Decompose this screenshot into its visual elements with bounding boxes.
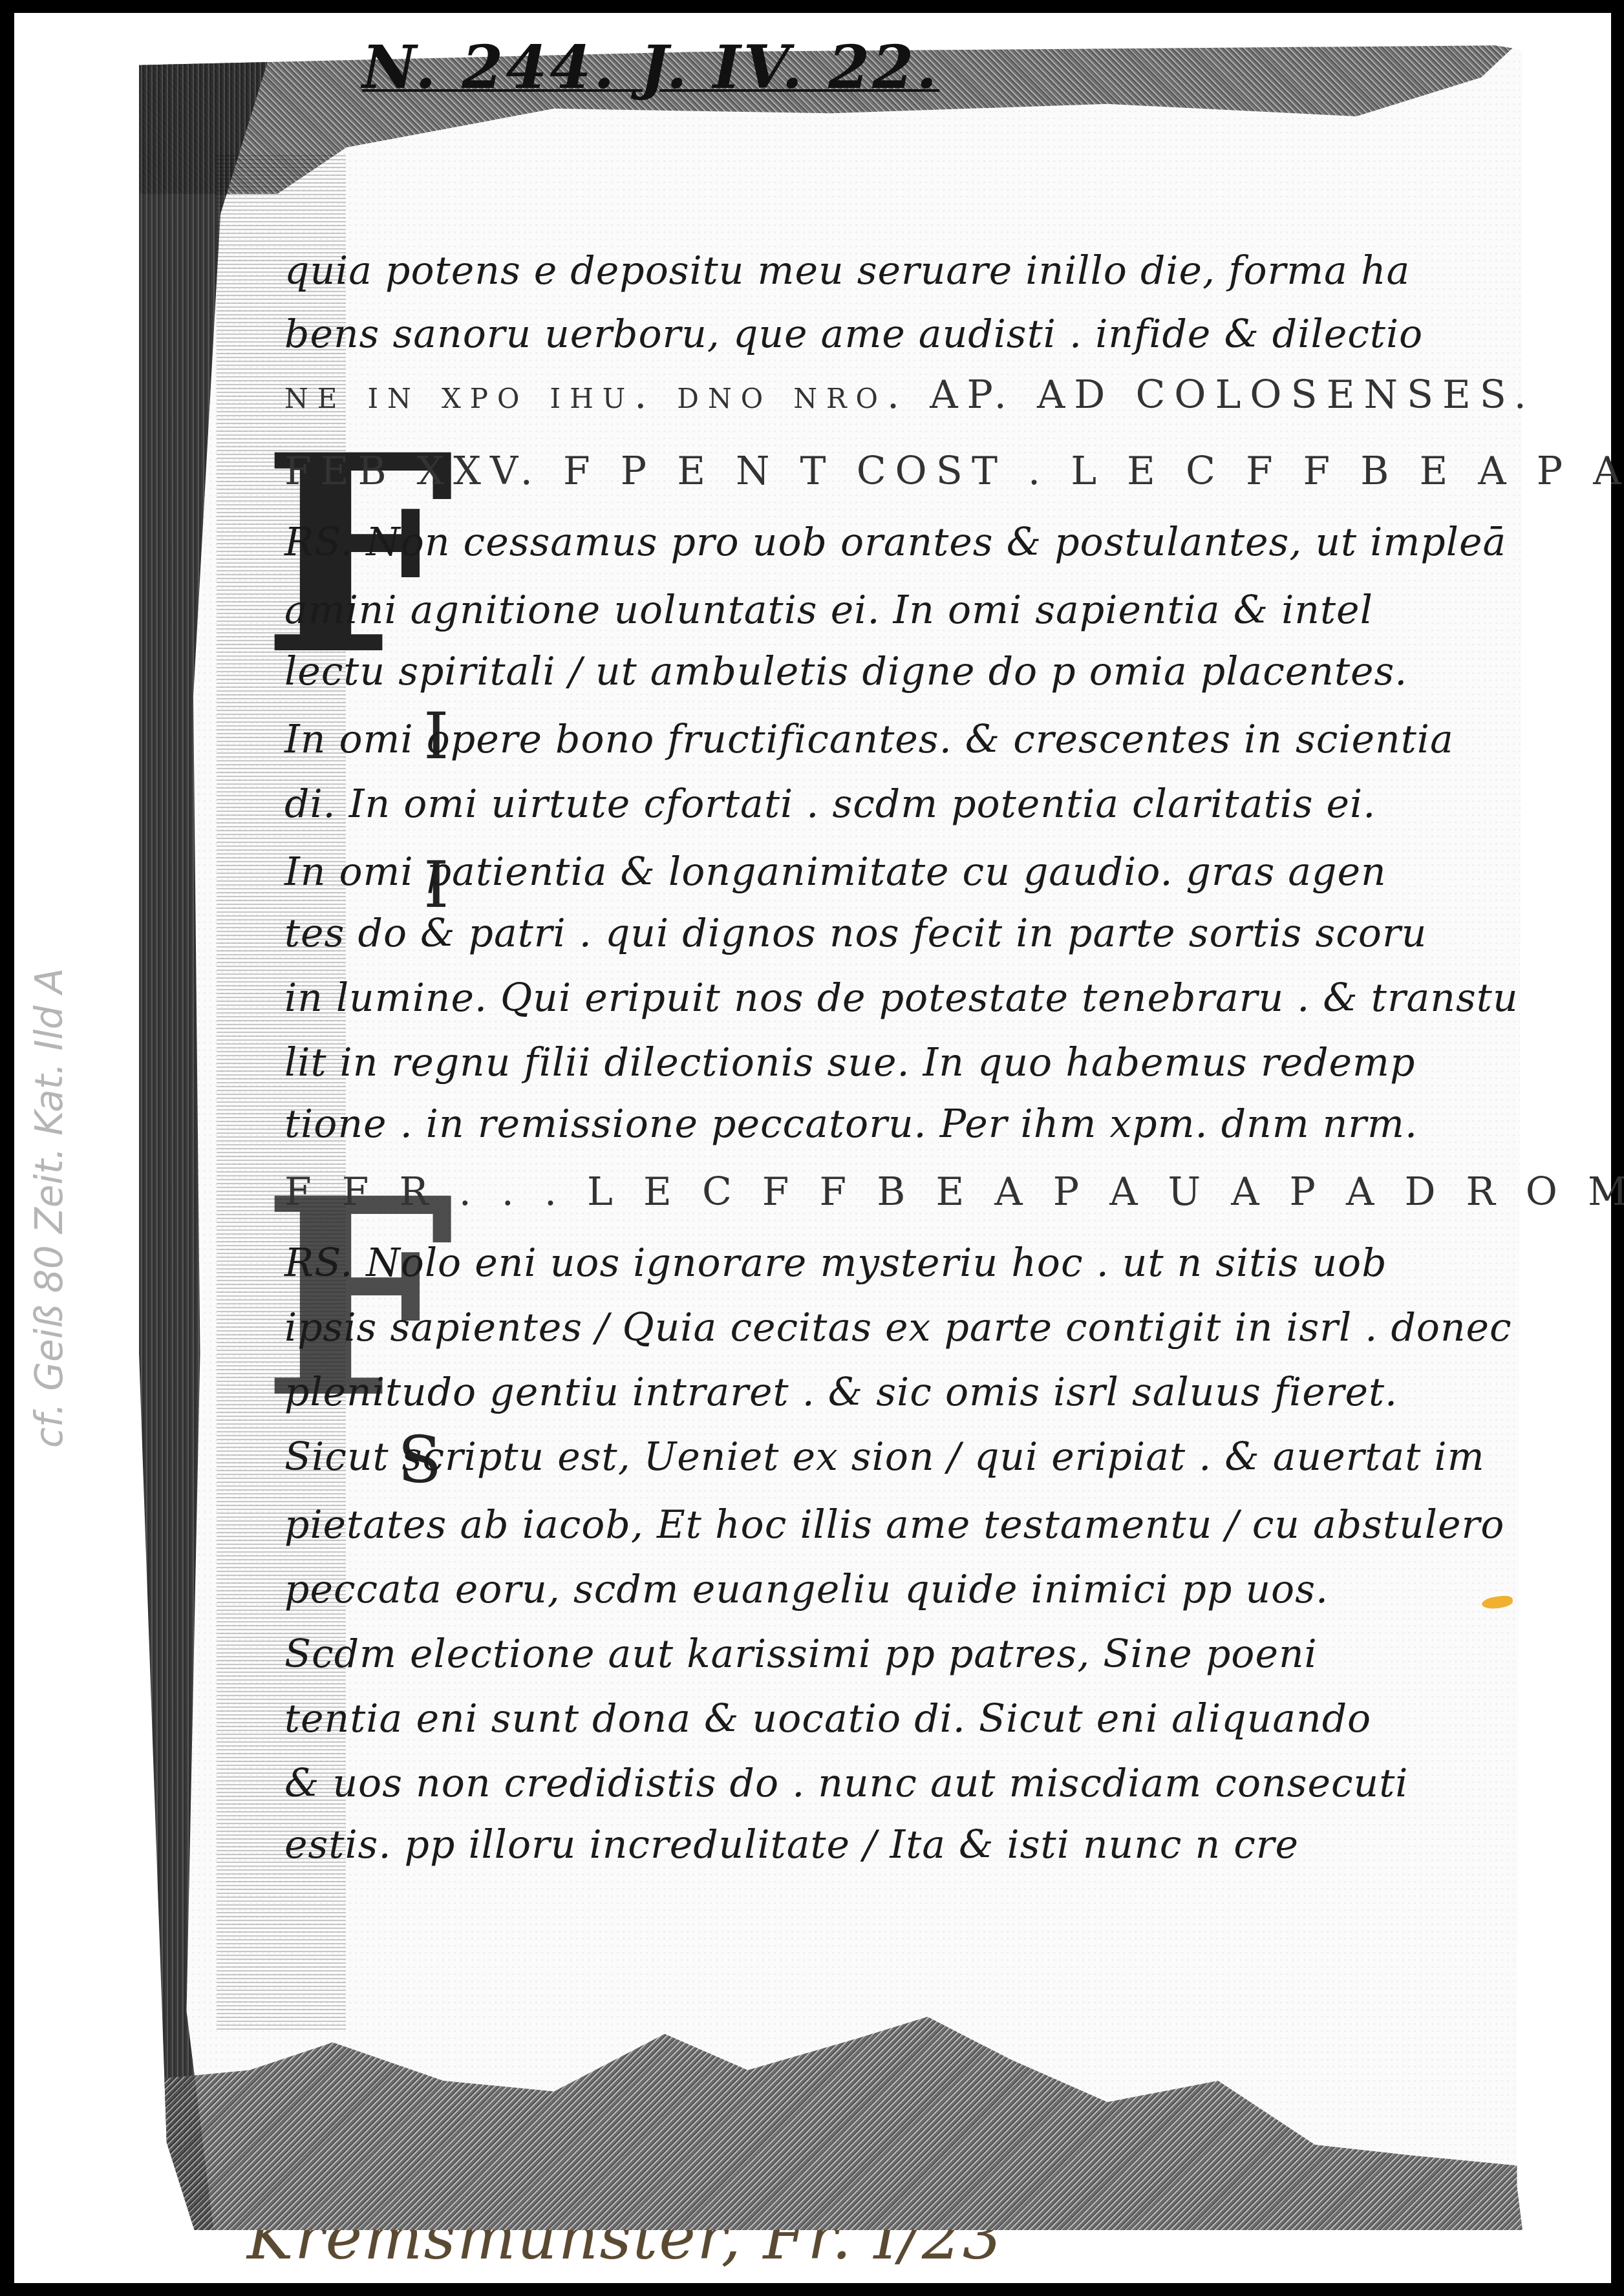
text-line: RS. Non cessamus pro uob orantes & postu…: [284, 517, 1506, 568]
text-line: estis. pp illoru incredulitate / Ita & i…: [284, 1820, 1299, 1870]
scan-bottom-shadow: [139, 2017, 1522, 2230]
header-shelfmark: N. 244. J. IV. 22.: [362, 32, 939, 102]
margin-pencil-note: cf. Geiß 80 Zeit. Kat. Ild A: [27, 968, 71, 1448]
rubric-line: F F R . . . L E C F F B E A P A U A P A …: [284, 1167, 1624, 1217]
rubric-line: FEB XXV. F P E N T COST . L E C F F B E …: [284, 446, 1624, 496]
text-line: tes do & patri . qui dignos nos fecit in…: [284, 908, 1427, 959]
text-line: Scdm electione aut karissimi pp patres, …: [284, 1629, 1318, 1679]
text-line: In omi opere bono fructificantes. & cres…: [284, 714, 1454, 765]
text-line: ipsis sapientes / Quia cecitas ex parte …: [284, 1302, 1512, 1353]
text-line: peccata eoru, scdm euangeliu quide inimi…: [284, 1564, 1329, 1615]
text-line: plenitudo gentiu intraret . & sic omis i…: [284, 1367, 1398, 1418]
text-line: lectu spiritali / ut ambuletis digne do …: [284, 646, 1407, 697]
text-line: In omi patientia & longanimitate cu gaud…: [284, 847, 1387, 897]
text-line: quia potens e depositu meu seruare inill…: [284, 246, 1410, 296]
text-line: tione . in remissione peccatoru. Per ihm…: [284, 1099, 1418, 1149]
text-line: Sicut scriptu est, Ueniet ex sion / qui …: [284, 1432, 1485, 1482]
text-line: tentia eni sunt dona & uocatio di. Sicut…: [284, 1694, 1371, 1744]
rubric-line: ne in xpo ihu. dno nro. AP. AD COLOSENSE…: [284, 370, 1535, 420]
text-line: bens sanoru uerboru, que ame audisti . i…: [284, 309, 1423, 359]
text-line: & uos non credidistis do . nunc aut misc…: [284, 1758, 1409, 1809]
text-line: RS. Nolo eni uos ignorare mysteriu hoc .…: [284, 1238, 1387, 1288]
text-line: pietates ab iacob, Et hoc illis ame test…: [284, 1500, 1504, 1550]
text-line: amini agnitione uoluntatis ei. In omi sa…: [284, 585, 1373, 635]
text-line: lit in regnu filii dilectionis sue. In q…: [284, 1037, 1415, 1088]
text-line: in lumine. Qui eripuit nos de potestate …: [284, 973, 1519, 1023]
text-line: di. In omi uirtute cfortati . scdm poten…: [284, 779, 1376, 829]
